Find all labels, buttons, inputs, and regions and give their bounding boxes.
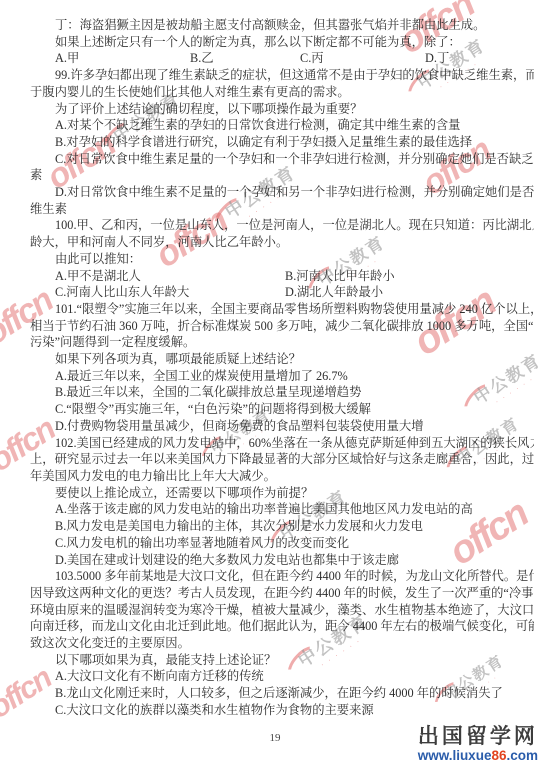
liuxue86-logo: 出国留学网 www.liuxue86.com bbox=[418, 725, 538, 762]
text-line: C.对日常饮食中维生素足量的一个孕妇和一个非孕妇进行检测，并分别确定她们是否缺乏… bbox=[30, 151, 534, 168]
text-line: 101.“限塑令”实施三年以来，全国主要商品零售场所塑料购物袋使用量减少 240… bbox=[30, 301, 534, 318]
option-cell: D.湖北人年龄最小 bbox=[285, 284, 534, 301]
text-line: 由此可以推知： bbox=[30, 251, 534, 268]
text-line: 维生素 bbox=[30, 201, 534, 218]
text-line: 于腹内婴儿的生长使她们比其他人对维生素有更高的需求。 bbox=[30, 84, 534, 101]
text-line: B.龙山文化刚迁来时，人口较多，但之后逐渐减少，在距今约 4000 年的时候消失… bbox=[30, 685, 534, 702]
text-line: D.付费购物袋用量虽减少，但商场免费的食品塑料包装袋使用量大增 bbox=[30, 418, 534, 435]
text-line: 102.美国已经建成的风力发电站中，60%坐落在一条从德克萨斯延伸到五大湖区的狭… bbox=[30, 435, 534, 452]
text-line: D.对日常饮食中维生素不足量的一个孕妇和另一个非孕妇进行检测，并分别确定她们是否… bbox=[30, 184, 534, 201]
text-line: 以下哪项如果为真，最能支持上述论证？ bbox=[30, 652, 534, 669]
text-line: A.对某个不缺乏维生素的孕妇的日常饮食进行检测，确定其中维生素的含量 bbox=[30, 117, 534, 134]
option-cell: A.甲 bbox=[55, 50, 190, 67]
text-line: 致这次文化变迁的主要原因。 bbox=[30, 635, 534, 652]
text-line: 要使以上推论成立，还需要以下哪项作为前提？ bbox=[30, 485, 534, 502]
text-line: 99.许多孕妇都出现了维生素缺乏的症状，但这通常不是由于孕妇的饮食中缺乏维生素，… bbox=[30, 67, 534, 84]
text-line: B.对孕妇的科学食谱进行研究，以确定有利于孕妇摄入足量维生素的最佳选择 bbox=[30, 134, 534, 151]
liuxue86-logo-url: www.liuxue86.com bbox=[418, 749, 538, 763]
text-line: 103.5000 多年前某地是大汶口文化，但在距今约 4400 年的时候，为龙山… bbox=[30, 568, 534, 585]
text-line: 因导致这两种文化的更迭？考古人员发现，在距今约 4400 年的时候，发生了一次严… bbox=[30, 585, 534, 602]
document-content: 丁：海盗猖獗主因是被劫船主愿支付高额赎金，但其嚣张气焰并非都由此生成。如果上述断… bbox=[30, 17, 534, 719]
option-cell: C.丙 bbox=[300, 50, 425, 67]
option-cell: D.丁 bbox=[425, 50, 534, 67]
text-line: C.“限塑令”再实施三年，“白色污染”的问题将得到极大缓解 bbox=[30, 401, 534, 418]
text-line: 如果上述断定只有一个人的断定为真，那么以下断定都不可能为真，除了： bbox=[30, 34, 534, 51]
text-line: 相当于节约石油 360 万吨，折合标准煤炭 500 多万吨，减少二氧化碳排放 1… bbox=[30, 318, 534, 335]
text-line: 丁：海盗猖獗主因是被劫船主愿支付高额赎金，但其嚣张气焰并非都由此生成。 bbox=[30, 17, 534, 34]
text-line: A.坐落于该走廊的风力发电站的输出功率普遍比美国其他地区风力发电站的高 bbox=[30, 501, 534, 518]
text-line: C.风力发电机的输出功率显著地随着风力的改变而变化 bbox=[30, 535, 534, 552]
option-cell: B.河南人比甲年龄小 bbox=[285, 268, 534, 285]
option-cell: A.甲不是湖北人 bbox=[55, 268, 285, 285]
text-line: 年美国风力发电的电力输出比上年大大减少。 bbox=[30, 468, 534, 485]
text-line: 向南迁移，而龙山文化由北迁到此地。他们据此认为，距今 4400 年左右的极端气候… bbox=[30, 618, 534, 635]
options-row: A.甲不是湖北人B.河南人比甲年龄小 bbox=[30, 268, 534, 285]
text-line: 环境由原来的温暖湿润转变为寒冷干燥，植被大量减少，藻类、水生植物基本绝迹了，大汶… bbox=[30, 602, 534, 619]
option-cell: C.河南人比山东人年龄大 bbox=[55, 284, 285, 301]
logo-url-prefix: www.liuxue bbox=[418, 748, 492, 763]
text-line: 龄大，甲和河南人不同岁，河南人比乙年龄小。 bbox=[30, 234, 534, 251]
option-cell: B.乙 bbox=[190, 50, 300, 67]
liuxue86-logo-title: 出国留学网 bbox=[418, 725, 538, 748]
text-line: A.最近三年以来，全国工业的煤炭使用量增加了 26.7% bbox=[30, 368, 534, 385]
document-page: offcn中公教育· · · · · ·offcn中公教育· · · · · ·… bbox=[0, 0, 550, 766]
text-line: 上，研究显示过去一年以来美国风力下降最显著的大部分区域恰好与这条走廊重合，因此，… bbox=[30, 451, 534, 468]
logo-url-number: 86 bbox=[491, 748, 506, 763]
text-line: C.大汶口文化的族群以藻类和水生植物作为食物的主要来源 bbox=[30, 702, 534, 719]
text-line: B.风力发电是美国电力输出的主体，其次分别是水力发展和火力发电 bbox=[30, 518, 534, 535]
text-line: 素 bbox=[30, 167, 534, 184]
text-line: 100.甲、乙和丙，一位是山东人，一位是河南人，一位是湖北人。现在只知道：丙比湖… bbox=[30, 217, 534, 234]
text-line: 如果下列各项为真，哪项最能质疑上述结论？ bbox=[30, 351, 534, 368]
text-line: 污染”问题得到一定程度缓解。 bbox=[30, 334, 534, 351]
options-row: A.甲B.乙C.丙D.丁 bbox=[30, 50, 534, 67]
text-line: B.最近三年以来，全国的二氧化碳排放总量呈现递增趋势 bbox=[30, 384, 534, 401]
options-row: C.河南人比山东人年龄大D.湖北人年龄最小 bbox=[30, 284, 534, 301]
logo-url-suffix: .com bbox=[506, 748, 538, 763]
text-line: D.美国在建或计划建设的绝大多数风力发电站也都集中于该走廊 bbox=[30, 552, 534, 569]
text-line: A.大汶口文化有不断向南方迁移的传统 bbox=[30, 668, 534, 685]
text-line: 为了评价上述结论的确切程度，以下哪项操作最为重要？ bbox=[30, 101, 534, 118]
